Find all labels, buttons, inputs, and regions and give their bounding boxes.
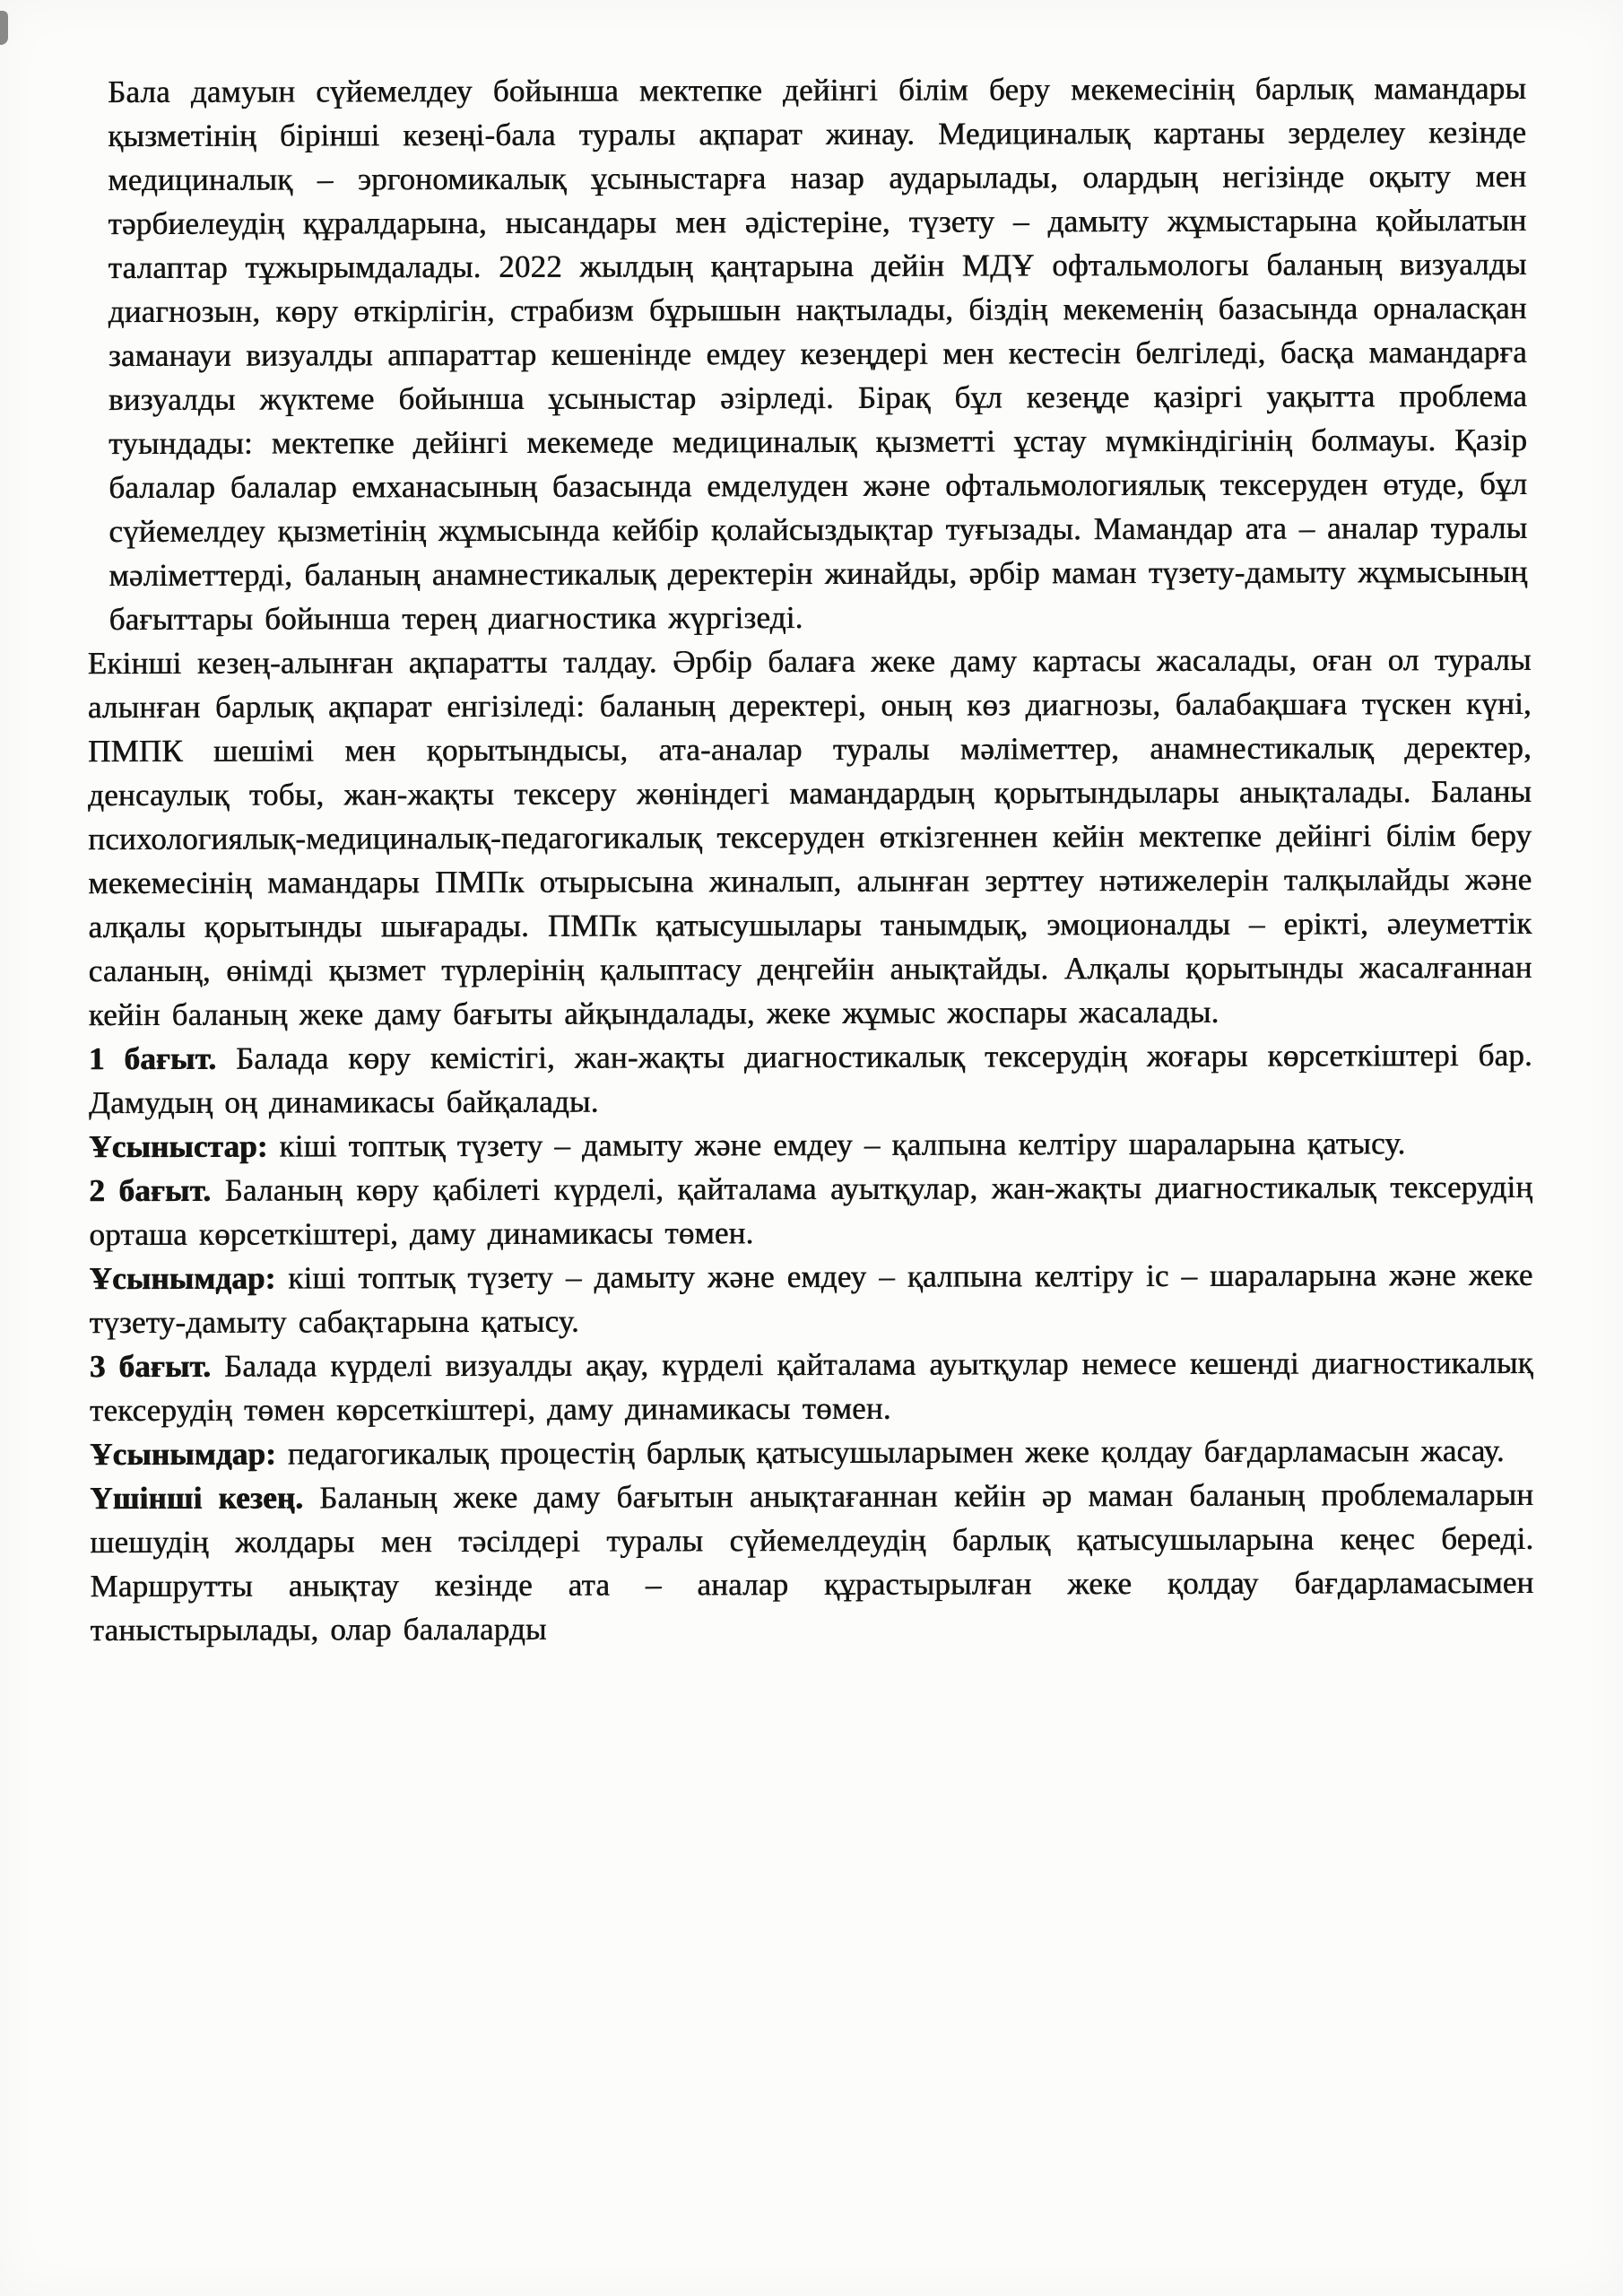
paragraph: 3 бағыт. Балада күрделі визуалды ақау, к…: [90, 1341, 1533, 1432]
paragraph: 1 бағыт. Балада көру кемістігі, жан-жақт…: [89, 1033, 1532, 1125]
paragraph: 2 бағыт. Баланың көру қабілеті күрделі, …: [89, 1165, 1532, 1257]
paragraph: Екінші кезең-алынған ақпаратты талдау. Ә…: [88, 638, 1532, 1037]
paragraph-lead: Үшінші кезең.: [90, 1480, 319, 1516]
paragraph-lead: 2 бағыт.: [89, 1173, 224, 1208]
paragraph: Үшінші кезең. Баланың жеке даму бағытын …: [90, 1473, 1534, 1652]
paragraph-lead: Ұсыныстар:: [89, 1128, 279, 1164]
paragraph: Ұсыныстар: кіші топтық түзету – дамыту ж…: [89, 1121, 1532, 1169]
scan-edge-artifact: [0, 11, 8, 45]
paragraph: Ұсынымдар: педагогикалық процестің барлы…: [90, 1429, 1533, 1476]
paragraph-lead: 1 бағыт.: [89, 1041, 236, 1076]
paragraph-lead: 3 бағыт.: [90, 1349, 224, 1384]
paragraph: Ұсынымдар: кіші топтық түзету – дамыту ж…: [89, 1253, 1532, 1344]
paragraph-lead: Ұсынымдар:: [89, 1260, 288, 1296]
document-text: Бала дамуын сүйемелдеу бойынша мектепке …: [86, 66, 1534, 1652]
paragraph: Бала дамуын сүйемелдеу бойынша мектепке …: [108, 66, 1528, 641]
paragraph-lead: Ұсынымдар:: [90, 1436, 288, 1472]
document-page: Бала дамуын сүйемелдеу бойынша мектепке …: [0, 0, 1623, 2296]
